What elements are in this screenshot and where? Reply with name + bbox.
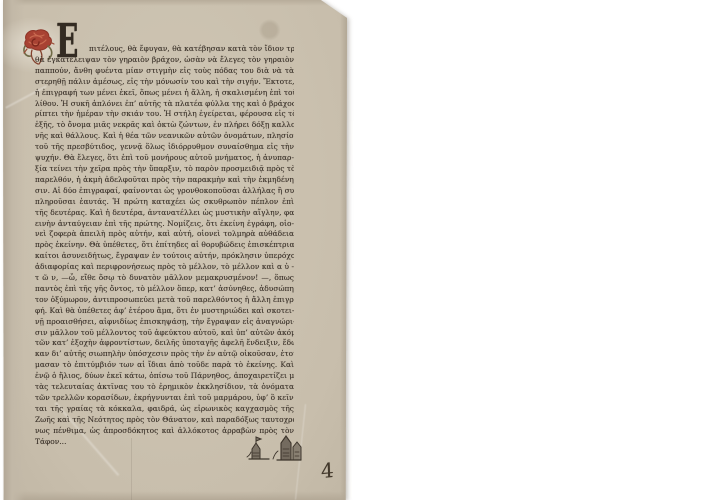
text-line: πληροῦσαι ἑαυτάς. Ἡ πρώτη καταχέει ὡς σκ…	[35, 197, 294, 208]
text-line: τ ῶ ν, —ὦ, εἴθε ὅσῳ τὸ δυνατὸν μᾶλλον με…	[35, 273, 294, 284]
text-line: τον ὀξύμωρον, ἀντιπροσωπεύει μετὰ τοῦ πα…	[35, 295, 294, 306]
text-block: πιτέλους, θὰ ἔφυγαν, θὰ κατέβησαν κατὰ τ…	[35, 44, 294, 448]
text-line: Ζωῆς καὶ τῆς Νεότητος πρὸς τὸν Θάνατον, …	[35, 415, 294, 426]
tailpiece-ornament-icon	[243, 429, 305, 463]
text-line: πιτέλους, θὰ ἔφυγαν, θὰ κατέβησαν κατὰ τ…	[35, 44, 294, 55]
text-line: ται τῆς γραίας τὰ κόκκαλα, φαιδρά, ὡς εἰ…	[35, 404, 294, 415]
text-line: τῶν τρελλῶν κορασίδων, ἐκρήγνυνται ἐπὶ τ…	[35, 393, 294, 404]
text-line: καίτοι ἀσυνειδήτως, ἔγραψαν ἐν τούτοις α…	[35, 251, 294, 262]
text-line: θὰ ἐγκατέλειψαν τὸν γηραιὸν βράχον, ὡσὰν…	[35, 55, 294, 66]
text-line: καν δι’ αὐτῆς σιωπηλὴν ὑπόσχεσιν πρὸς τὴ…	[35, 349, 294, 360]
text-line: νῇ προαισθήσει, αἰφνιδίως ἐπισκηψάσῃ, τὴ…	[35, 317, 294, 328]
text-line: ἐνῷ ὁ ἥλιος, δύων ἐκεῖ κάτω, ὀπίσω τοῦ Π…	[35, 371, 294, 382]
text-line: λίθου. Ἡ συκῆ ἁπλόνει ἐπ’ αὐτῆς τὰ πλατέ…	[35, 99, 294, 110]
scan-background: Ε πιτέλους, θὰ ἔφυγαν, θὰ κατέβησαν κατὰ…	[0, 0, 710, 500]
text-line: φή. Καὶ θὰ ὑπέθετες ἀφ’ ἑτέρου ἅμα, ὅτι …	[35, 306, 294, 317]
text-line: νῆς καὶ θάλλους. Καὶ ἡ θέα τῶν νεανικῶν …	[35, 131, 294, 142]
text-line: τὰς τελευταίας ἀκτῖνας του τὸ ἐρημικὸν ἐ…	[35, 382, 294, 393]
text-line: ἀδιαφορίας καὶ περιφρονήσεως πρὸς τὸ μέλ…	[35, 262, 294, 273]
text-line: τῶν κατ’ ἐξοχὴν ἀφροντίστων, δειλῆς ὑποτ…	[35, 338, 294, 349]
text-line: παρελθόν, ἡ ἀκμὴ ἀδελφοῦται πρὸς τὴν παρ…	[35, 175, 294, 186]
text-line: ξία τείνει τὴν χεῖρα πρὸς τὴν ὕπαρξιν, τ…	[35, 164, 294, 175]
text-line: σιν. Αἱ δύο ἐπιγραφαί, φαίνονται ὡς γρον…	[35, 186, 294, 197]
text-line: παντὸς ἐπὶ τῆς γῆς ὄντος, τὸ μέλλον ὅπερ…	[35, 284, 294, 295]
text-line: στερηθῇ πάλιν ἀμέσως, εἰς τὴν μόνωσίν το…	[35, 77, 294, 88]
text-line: ρίπτει τὴν ἡμέραν τὴν σκιάν του. Ἡ στήλη…	[35, 109, 294, 120]
text-line: νεὶ ζοφερὰ ἀπειλὴ πρὸς αὐτήν, καὶ αὐτή, …	[35, 229, 294, 240]
text-line: τῆς δευτέρας. Καὶ ἡ δευτέρα, ἀντανατέλλε…	[35, 208, 294, 219]
text-line: εινὴν ἀνταύγειαν ἐπὶ τῆς πρώτης. Νομίζει…	[35, 219, 294, 230]
text-line: πρὸς ἐκείνην. Θὰ ὑπέθετες, ὅτι ἐπίτηδες …	[35, 240, 294, 251]
text-line: παππούν, ἄνθη φυέντα μίαν στιγμὴν εἰς το…	[35, 66, 294, 77]
text-line: ἑξῆς, τὸ ὄνομα μιᾶς νεκρᾶς καὶ ὀκτὼ ζώντ…	[35, 120, 294, 131]
page-shadow-wrap: Ε πιτέλους, θὰ ἔφυγαν, θὰ κατέβησαν κατὰ…	[0, 0, 710, 500]
text-line: ψυχήν. Θὰ ἔλεγες, ὅτι ἐπὶ τοῦ μονήρους α…	[35, 153, 294, 164]
scanned-page: Ε πιτέλους, θὰ ἔφυγαν, θὰ κατέβησαν κατὰ…	[3, 0, 347, 500]
text-line: τοῦ τῆς πρεσβύτιδος, γεννᾷ ὅλως ἰδιόρρυθ…	[35, 142, 294, 153]
signature-number: 4	[321, 457, 344, 489]
text-line: μασαν τὸ ἐπιτύμβιόν των αἱ ἴδιαι ἀπὸ τοῦ…	[35, 360, 294, 371]
text-line: σιν μᾶλλον τοῦ μέλλοντος τοῦ ἀφεύκτου αὐ…	[35, 328, 294, 339]
text-line: ἡ ἐπιγραφή των μένει ἐκεῖ, ὅπως μένει ἡ …	[35, 88, 294, 99]
